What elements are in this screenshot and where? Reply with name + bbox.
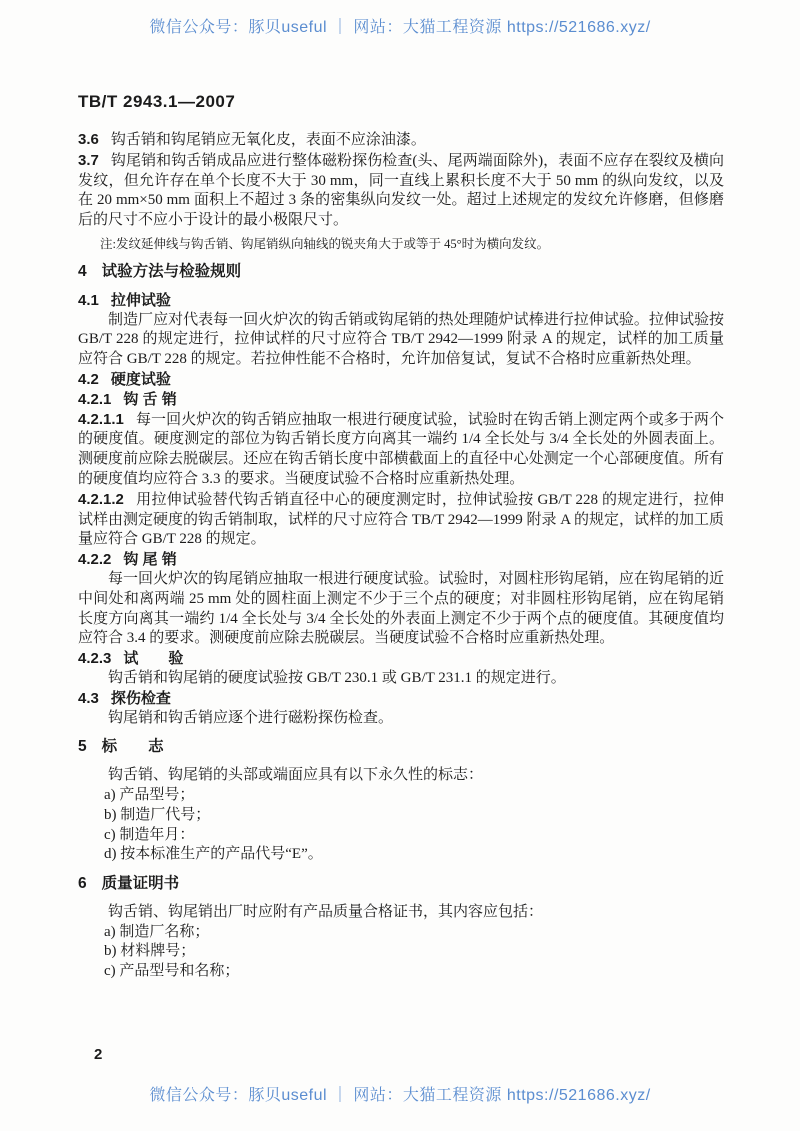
para-4-1-text: 制造厂应对代表每一回火炉次的钩舌销或钩尾销的热处理随炉试棒进行拉伸试验。拉伸试验… — [78, 312, 724, 368]
heading-4-2: 4.2硬度试验 — [78, 370, 724, 390]
list-5-d: d) 按本标准生产的产品代号“E”。 — [78, 845, 724, 865]
list-5-d-text: d) 按本标准生产的产品代号“E”。 — [104, 846, 323, 862]
watermark-top: 微信公众号：豚贝useful ｜ 网站：大猫工程资源 https://52168… — [0, 14, 800, 37]
heading-4-2-1-number: 4.2.1 — [78, 391, 111, 408]
heading-6-text: 质量证明书 — [102, 875, 180, 892]
heading-5: 5标 志 — [78, 737, 724, 757]
clause-4-2-1-2-text: 用拉伸试验替代钩舌销直径中心的硬度测定时，拉伸试验按 GB/T 228 的规定进… — [78, 492, 724, 548]
heading-4-1-number: 4.1 — [78, 292, 99, 309]
page-number: 2 — [94, 1046, 102, 1063]
heading-5-text: 标 志 — [102, 738, 164, 755]
note-3-7-text: 注:发纹延伸线与钩舌销、钩尾销纵向轴线的锐夹角大于或等于 45°时为横向发纹。 — [100, 237, 549, 251]
list-5-b-text: b) 制造厂代号； — [104, 807, 210, 823]
heading-4-text: 试验方法与检验规则 — [102, 263, 242, 280]
heading-4-2-3: 4.2.3试 验 — [78, 649, 724, 669]
heading-4-3-number: 4.3 — [78, 690, 99, 707]
heading-4-2-2-text: 钩 尾 销 — [123, 551, 176, 568]
para-4-1: 制造厂应对代表每一回火炉次的钩舌销或钩尾销的热处理随炉试棒进行拉伸试验。拉伸试验… — [78, 311, 724, 370]
heading-5-number: 5 — [78, 738, 87, 755]
clause-3-6-number: 3.6 — [78, 131, 99, 148]
list-6-b: b) 材料牌号； — [78, 942, 724, 962]
clause-4-2-1-2-number: 4.2.1.2 — [78, 491, 124, 508]
list-5-a: a) 产品型号； — [78, 786, 724, 806]
doc-number: TB/T 2943.1—2007 — [78, 92, 235, 112]
list-6-a-text: a) 制造厂名称； — [104, 924, 209, 940]
list-6-b-text: b) 材料牌号； — [104, 943, 195, 959]
para-6-text: 钩舌销、钩尾销出厂时应附有产品质量合格证书，其内容应包括： — [108, 904, 543, 920]
clause-4-2-1-2: 4.2.1.2用拉伸试验替代钩舌销直径中心的硬度测定时，拉伸试验按 GB/T 2… — [78, 490, 724, 550]
watermark-bottom: 微信公众号：豚贝useful ｜ 网站：大猫工程资源 https://52168… — [0, 1082, 800, 1105]
heading-4-2-2: 4.2.2钩 尾 销 — [78, 550, 724, 570]
list-5-b: b) 制造厂代号； — [78, 806, 724, 826]
document-page: 微信公众号：豚贝useful ｜ 网站：大猫工程资源 https://52168… — [0, 0, 800, 1131]
para-5: 钩舌销、钩尾销的头部或端面应具有以下永久性的标志： — [78, 766, 724, 786]
list-5-c-text: c) 制造年月： — [104, 827, 194, 843]
clause-3-7: 3.7钩尾销和钩舌销成品应进行整体磁粉探伤检查(头、尾两端面除外)，表面不应存在… — [78, 151, 724, 231]
clause-4-2-1-1: 4.2.1.1每一回火炉次的钩舌销应抽取一根进行硬度试验，试验时在钩舌销上测定两… — [78, 410, 724, 490]
heading-4-2-3-number: 4.2.3 — [78, 650, 111, 667]
heading-4-2-3-text: 试 验 — [123, 650, 183, 667]
heading-4-3: 4.3探伤检查 — [78, 689, 724, 709]
heading-4-2-number: 4.2 — [78, 371, 99, 388]
document-body: 3.6钩舌销和钩尾销应无氧化皮，表面不应涂油漆。3.7钩尾销和钩舌销成品应进行整… — [78, 130, 724, 982]
heading-4: 4试验方法与检验规则 — [78, 262, 724, 282]
heading-4-2-1: 4.2.1钩 舌 销 — [78, 390, 724, 410]
heading-6-number: 6 — [78, 875, 87, 892]
para-5-text: 钩舌销、钩尾销的头部或端面应具有以下永久性的标志： — [108, 767, 483, 783]
para-6: 钩舌销、钩尾销出厂时应附有产品质量合格证书，其内容应包括： — [78, 903, 724, 923]
heading-4-2-1-text: 钩 舌 销 — [123, 391, 176, 408]
heading-4-1: 4.1拉伸试验 — [78, 291, 724, 311]
heading-4-2-2-number: 4.2.2 — [78, 551, 111, 568]
para-4-3-text: 钩尾销和钩舌销应逐个进行磁粉探伤检查。 — [108, 710, 393, 726]
heading-6: 6质量证明书 — [78, 874, 724, 894]
para-4-2-3-text: 钩舌销和钩尾销的硬度试验按 GB/T 230.1 或 GB/T 231.1 的规… — [108, 670, 566, 686]
list-5-c: c) 制造年月： — [78, 826, 724, 846]
para-4-2-3: 钩舌销和钩尾销的硬度试验按 GB/T 230.1 或 GB/T 231.1 的规… — [78, 669, 724, 689]
para-4-3: 钩尾销和钩舌销应逐个进行磁粉探伤检查。 — [78, 709, 724, 729]
clause-3-6-text: 钩舌销和钩尾销应无氧化皮，表面不应涂油漆。 — [111, 132, 426, 148]
clause-4-2-1-1-text: 每一回火炉次的钩舌销应抽取一根进行硬度试验，试验时在钩舌销上测定两个或多于两个的… — [78, 412, 724, 487]
heading-4-1-text: 拉伸试验 — [111, 292, 171, 309]
heading-4-3-text: 探伤检查 — [111, 690, 171, 707]
list-6-c-text: c) 产品型号和名称； — [104, 963, 239, 979]
note-3-7: 注:发纹延伸线与钩舌销、钩尾销纵向轴线的锐夹角大于或等于 45°时为横向发纹。 — [78, 235, 724, 253]
para-4-2-2: 每一回火炉次的钩尾销应抽取一根进行硬度试验。试验时，对圆柱形钩尾销，应在钩尾销的… — [78, 570, 724, 649]
list-6-a: a) 制造厂名称； — [78, 923, 724, 943]
heading-4-number: 4 — [78, 263, 87, 280]
clause-3-7-text: 钩尾销和钩舌销成品应进行整体磁粉探伤检查(头、尾两端面除外)，表面不应存在裂纹及… — [78, 153, 724, 228]
clause-3-6: 3.6钩舌销和钩尾销应无氧化皮，表面不应涂油漆。 — [78, 130, 724, 151]
para-4-2-2-text: 每一回火炉次的钩尾销应抽取一根进行硬度试验。试验时，对圆柱形钩尾销，应在钩尾销的… — [78, 571, 724, 646]
heading-4-2-text: 硬度试验 — [111, 371, 171, 388]
list-6-c: c) 产品型号和名称； — [78, 962, 724, 982]
list-5-a-text: a) 产品型号； — [104, 787, 194, 803]
clause-3-7-number: 3.7 — [78, 152, 99, 169]
clause-4-2-1-1-number: 4.2.1.1 — [78, 411, 124, 428]
